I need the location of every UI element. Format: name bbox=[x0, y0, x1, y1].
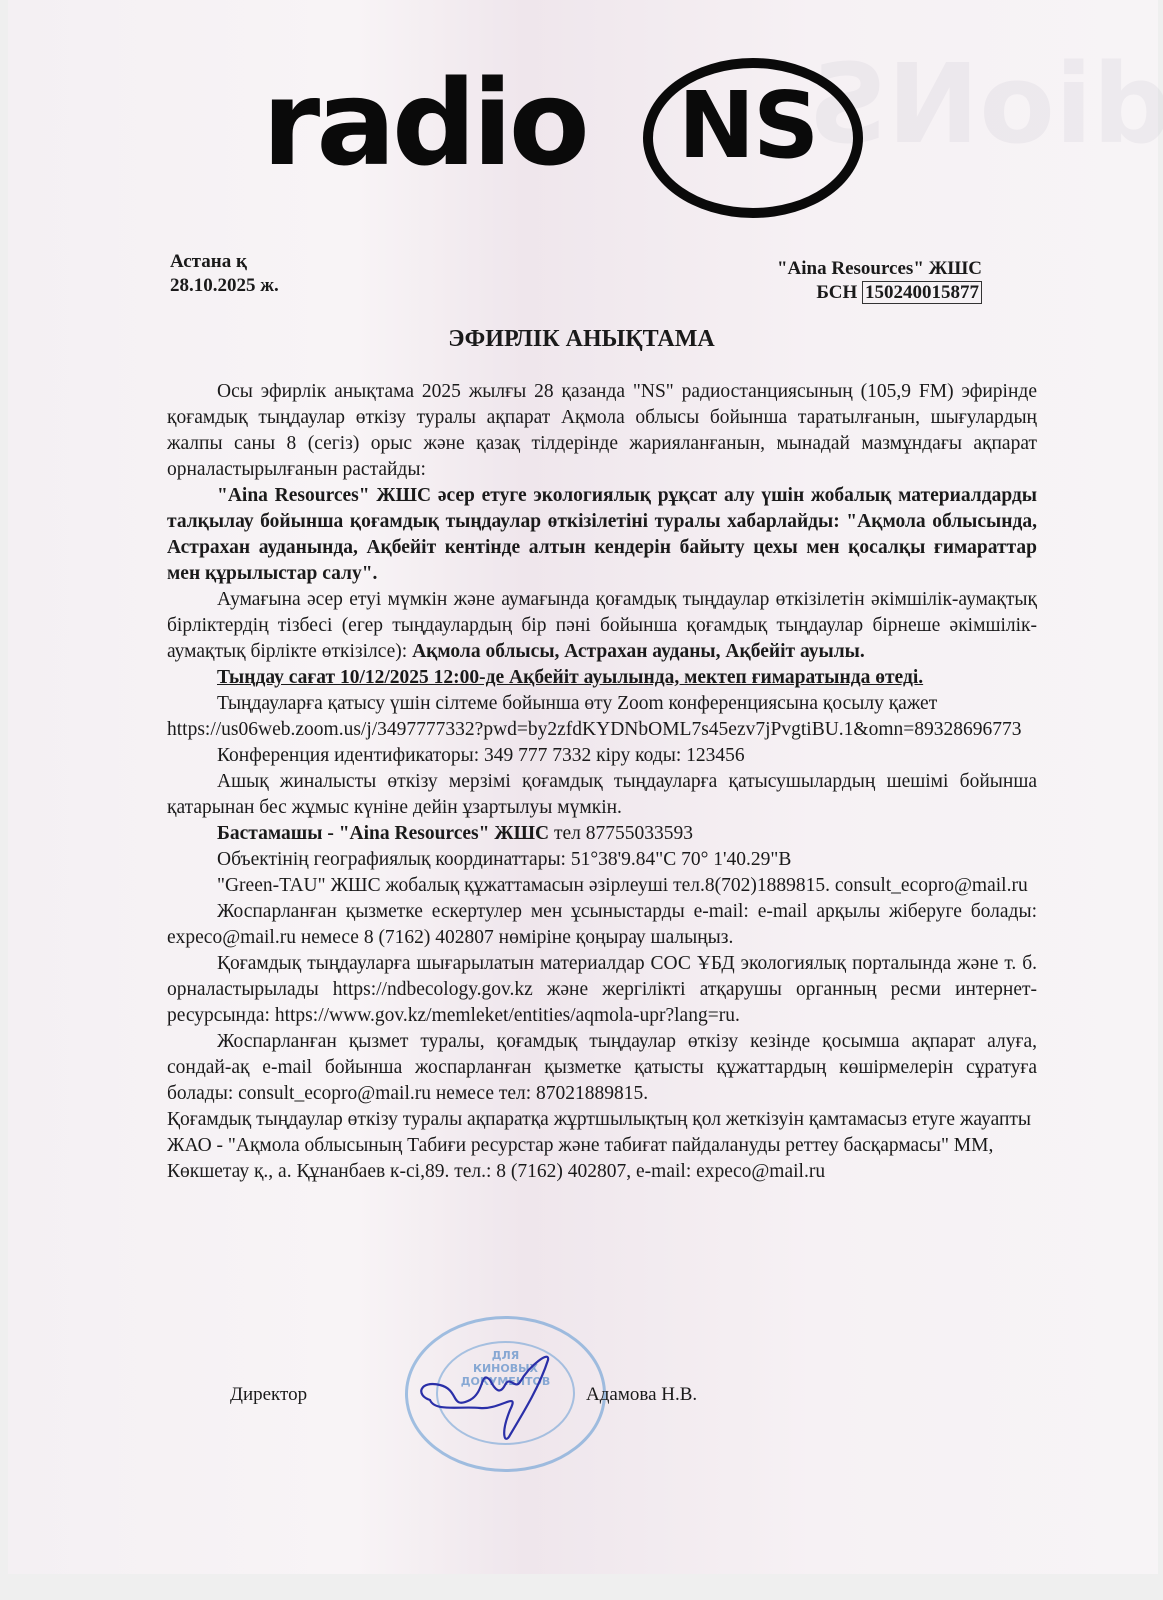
signature-name: Адамова Н.В. bbox=[586, 1384, 697, 1406]
logo-text: radio bbox=[262, 64, 586, 182]
bin-label: БСН bbox=[816, 282, 857, 303]
header-right: "Aina Resources" ЖШС БСН 150240015877 bbox=[760, 257, 982, 305]
header-company: "Aina Resources" ЖШС bbox=[760, 257, 982, 281]
logo-ns: NS bbox=[678, 80, 817, 172]
bin-value: 150240015877 bbox=[862, 281, 982, 304]
zoom-link[interactable]: https://us06web.zoom.us/j/3497777332?pwd… bbox=[167, 717, 1037, 743]
paragraph-additional-info: Жоспарланған қызмет туралы, қоғамдық тың… bbox=[167, 1029, 1037, 1107]
header-city: Астана қ bbox=[170, 250, 279, 274]
header-date: 28.10.2025 ж. bbox=[170, 274, 279, 298]
paragraph-hearing-time: Тыңдау сағат 10/12/2025 12:00-де Ақбейіт… bbox=[167, 665, 1037, 691]
initiator-phone: тел 87755033593 bbox=[549, 823, 693, 844]
header-bin: БСН 150240015877 bbox=[760, 281, 982, 305]
header-left: Астана қ 28.10.2025 ж. bbox=[170, 250, 279, 298]
territories-bold: Ақмола облысы, Астрахан ауданы, Ақбейіт … bbox=[412, 641, 865, 662]
paragraph-developer: "Green-TAU" ЖШС жобалық құжаттамасын әзі… bbox=[167, 873, 1037, 899]
signature-title: Директор bbox=[230, 1384, 307, 1406]
paragraph-intro: Осы эфирлік анықтама 2025 жылғы 28 қазан… bbox=[167, 379, 1037, 483]
paragraph-conference-id: Конференция идентификаторы: 349 777 7332… bbox=[167, 743, 1037, 769]
paragraph-territories: Аумағына әсер етуі мүмкін және аумағында… bbox=[167, 587, 1037, 665]
document-body: Осы эфирлік анықтама 2025 жылғы 28 қазан… bbox=[167, 379, 1037, 1185]
paragraph-materials: Қоғамдық тыңдауларға шығарылатын материа… bbox=[167, 951, 1037, 1029]
signature-icon bbox=[410, 1340, 570, 1450]
paragraph-responsible-body: Қоғамдық тыңдаулар өткізу туралы ақпарат… bbox=[167, 1107, 1037, 1185]
radio-ns-logo: radio NS bbox=[258, 54, 858, 214]
hearing-time: Тыңдау сағат 10/12/2025 12:00-де Ақбейіт… bbox=[217, 667, 923, 688]
paragraph-comments: Жоспарланған қызметке ескертулер мен ұсы… bbox=[167, 899, 1037, 951]
paragraph-zoom: Тыңдауларға қатысу үшін сілтеме бойынша … bbox=[167, 691, 1037, 717]
paragraph-coordinates: Объектінің географиялық координаттары: 5… bbox=[167, 847, 1037, 873]
paragraph-extension: Ашық жиналысты өткізу мерзімі қоғамдық т… bbox=[167, 769, 1037, 821]
initiator-bold: Бастамашы - "Aina Resources" ЖШС bbox=[217, 823, 549, 844]
paragraph-initiator: Бастамашы - "Aina Resources" ЖШС тел 877… bbox=[167, 821, 1037, 847]
document-title: ЭФИРЛІК АНЫҚТАМА bbox=[0, 326, 1163, 353]
paragraph-announcement: "Aina Resources" ЖШС әсер етуге экология… bbox=[167, 483, 1037, 587]
